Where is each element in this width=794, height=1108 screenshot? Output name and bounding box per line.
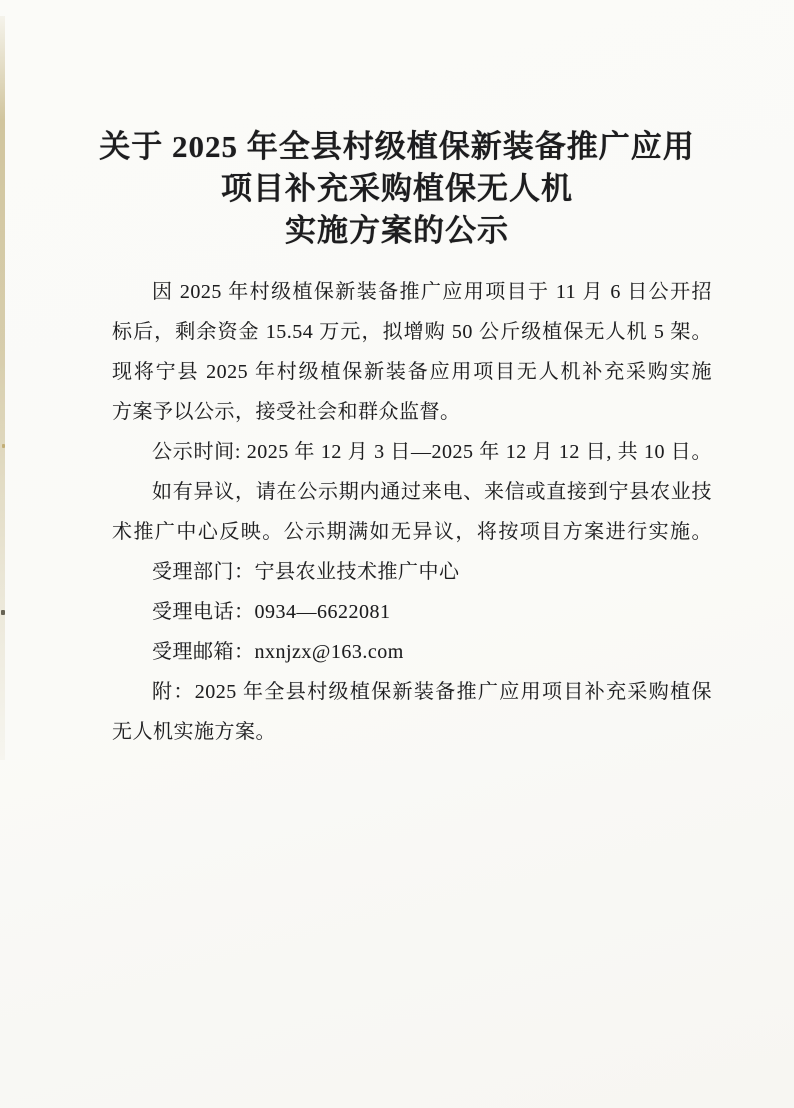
notice-period-line: 公示时间: 2025 年 12 月 3 日—2025 年 12 月 12 日, … — [112, 432, 712, 472]
accepting-email-line: 受理邮箱：nxnjzx@163.com — [112, 632, 712, 672]
body-line: 现将宁县 2025 年村级植保新装备应用项目无人机补充采购实施 — [112, 352, 712, 392]
body-line: 标后，剩余资金 15.54 万元，拟增购 50 公斤级植保无人机 5 架。 — [112, 312, 712, 352]
document-title: 关于 2025 年全县村级植保新装备推广应用 项目补充采购植保无人机 实施方案的… — [60, 126, 734, 252]
scan-speck — [2, 444, 5, 448]
title-line: 实施方案的公示 — [60, 210, 734, 252]
title-line: 项目补充采购植保无人机 — [60, 168, 734, 210]
accepting-phone-line: 受理电话：0934—6622081 — [112, 592, 712, 632]
scan-edge-artifact — [0, 16, 5, 760]
accepting-department-line: 受理部门：宁县农业技术推广中心 — [112, 552, 712, 592]
body-line: 术推广中心反映。公示期满如无异议，将按项目方案进行实施。 — [112, 512, 712, 552]
scan-speck — [1, 610, 5, 615]
document-page: 关于 2025 年全县村级植保新装备推广应用 项目补充采购植保无人机 实施方案的… — [0, 0, 794, 1108]
attachment-line: 附：2025 年全县村级植保新装备推广应用项目补充采购植保 — [112, 672, 712, 712]
document-body: 因 2025 年村级植保新装备推广应用项目于 11 月 6 日公开招 标后，剩余… — [112, 272, 712, 752]
attachment-line: 无人机实施方案。 — [112, 712, 712, 752]
body-line: 如有异议，请在公示期内通过来电、来信或直接到宁县农业技 — [112, 472, 712, 512]
body-line: 因 2025 年村级植保新装备推广应用项目于 11 月 6 日公开招 — [112, 272, 712, 312]
title-line: 关于 2025 年全县村级植保新装备推广应用 — [60, 126, 734, 168]
body-line: 方案予以公示，接受社会和群众监督。 — [112, 392, 712, 432]
